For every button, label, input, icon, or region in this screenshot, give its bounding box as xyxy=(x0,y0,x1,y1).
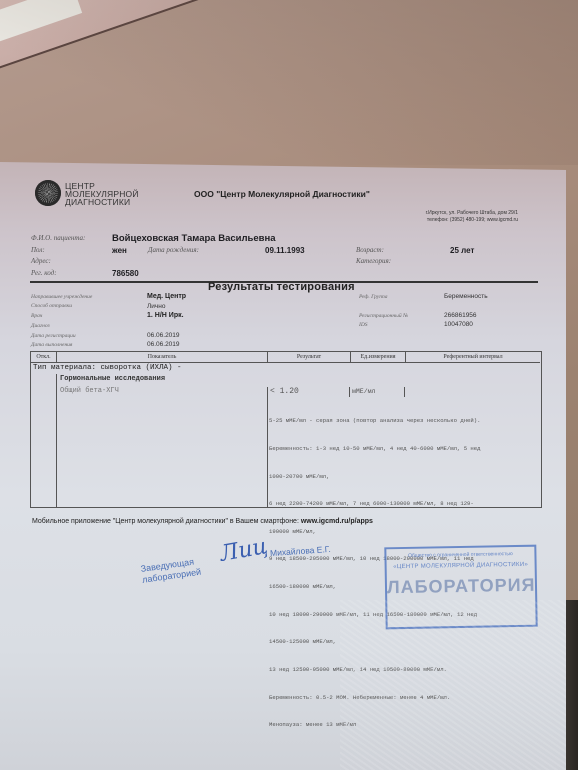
paper-glare xyxy=(340,600,566,770)
result-value: < 1.20 xyxy=(270,387,299,396)
diagnosis-label: Диагноз xyxy=(31,323,50,329)
sex-label: Пол: xyxy=(31,246,45,254)
doctor-value: 1. Н/Н Ирк. xyxy=(147,312,184,319)
results-title: Результаты тестирования xyxy=(208,281,355,293)
test-group: Гормональные исследования xyxy=(60,375,165,383)
ref-group-label: Реф. Группа xyxy=(359,294,387,300)
done-date-value: 06.06.2019 xyxy=(147,341,180,348)
results-table: Откл. Показатель Результат Ед.измерения … xyxy=(30,351,542,508)
col-header-reference: Референтный интервал xyxy=(406,352,540,363)
reg-date-label: Дата регистрации xyxy=(31,333,76,339)
patient-name: Войцеховская Тамара Васильевна xyxy=(112,233,276,244)
analyte-name: Общий бета-ХГЧ xyxy=(60,387,119,395)
col-header-deviation: Откл. xyxy=(31,352,57,363)
column-divider xyxy=(349,387,350,397)
reg-number-label: Регистрационный № xyxy=(359,313,408,319)
signatory-role: Заведующая лабораторией xyxy=(140,556,202,586)
delivery-value: Лично xyxy=(147,303,166,310)
doctor-label: Врач xyxy=(31,313,42,319)
age-label: Возраст: xyxy=(356,246,384,254)
delivery-label: Способ отправки xyxy=(31,303,72,309)
material-type: Тип материала: сыворотка (ИХЛА) - xyxy=(33,364,182,372)
sex-value: жен xyxy=(112,246,127,255)
col-header-parameter: Показатель xyxy=(57,352,268,363)
reg-code-label: Рег. код: xyxy=(31,269,57,277)
column-divider xyxy=(404,387,405,397)
lab-report-sheet: ЦЕНТР МОЛЕКУЛЯРНОЙ ДИАГНОСТИКИ ООО "Цент… xyxy=(0,160,566,770)
institution-value: Мед. Центр xyxy=(147,293,186,300)
address-label: Адрес: xyxy=(31,257,51,265)
dob-value: 09.11.1993 xyxy=(265,246,305,255)
column-divider xyxy=(56,374,57,507)
age-value: 25 лет xyxy=(450,246,474,255)
organization-address: г.Иркутск, ул. Рабочего Штаба, дом 29/1 … xyxy=(426,210,518,224)
logo-icon xyxy=(35,180,61,206)
patient-name-label: Ф.И.О. пациента: xyxy=(31,234,85,242)
ref-group-value: Беременность xyxy=(444,293,488,300)
category-label: Категория: xyxy=(356,257,391,265)
done-date-label: Дата выполнения xyxy=(31,342,73,348)
organization-title: ООО "Центр Молекулярной Диагностики" xyxy=(194,189,370,199)
reg-date-value: 06.06.2019 xyxy=(147,332,180,339)
dob-label: Дата рождения: xyxy=(148,246,199,254)
signature: Лиц xyxy=(218,534,270,567)
ids-value: 10047080 xyxy=(444,321,473,328)
app-url-link[interactable]: www.igcmd.ru/p/apps xyxy=(301,518,373,525)
institution-label: Направившее учреждение xyxy=(31,294,92,300)
logo-text: ЦЕНТР МОЛЕКУЛЯРНОЙ ДИАГНОСТИКИ xyxy=(65,182,139,206)
wall-background xyxy=(0,0,578,165)
unit-value: мМЕ/мл xyxy=(352,388,375,395)
mobile-app-note: Мобильное приложение "Центр молекулярной… xyxy=(32,518,373,525)
ids-label: IDS xyxy=(359,322,368,328)
column-divider xyxy=(267,387,268,507)
reg-code-value: 786580 xyxy=(112,269,139,278)
col-header-unit: Ед.измерения xyxy=(351,352,406,363)
col-header-result: Результат xyxy=(268,352,351,363)
reg-number-value: 266861956 xyxy=(444,312,477,319)
